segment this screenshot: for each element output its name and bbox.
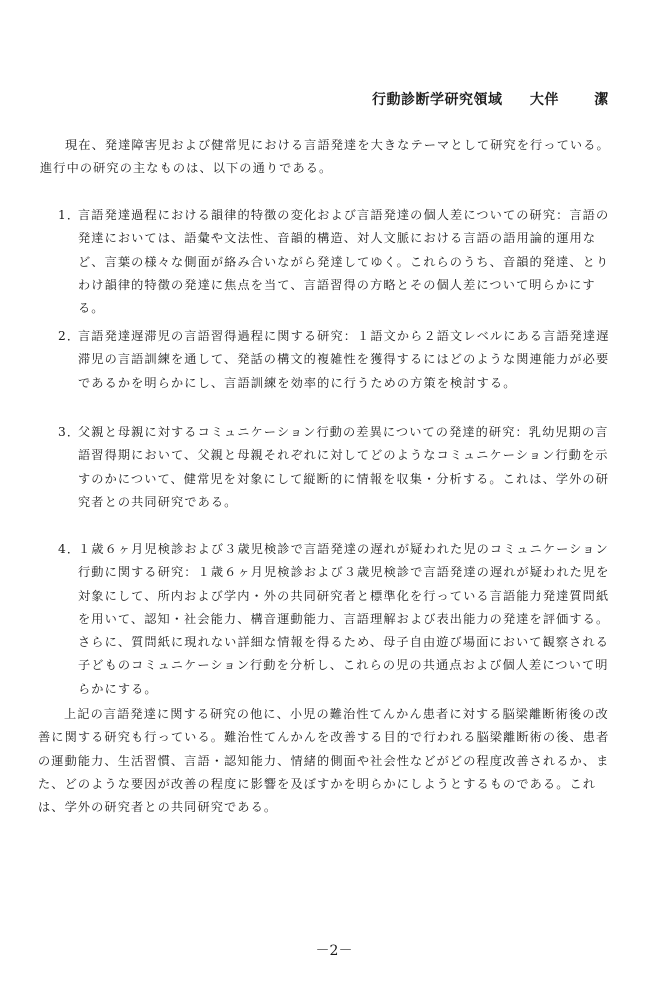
author-given-name: 潔 (594, 92, 609, 108)
research-item-3: 3． 父親と母親に対するコミュニケーション行動の差異についての発達的研究：乳幼児… (40, 421, 616, 514)
intro-paragraph: 現在、発達障害児および健常児における言語発達を大きなテーマとして研究を行っている… (40, 134, 616, 181)
item-text: 父親と母親に対するコミュニケーション行動の差異についての発達的研究：乳幼児期の言… (78, 421, 616, 514)
author-header: 行動診断学研究領域 大伴 潔 (372, 89, 609, 109)
item-number: 3． (40, 421, 78, 514)
item-text: １歳６ヶ月児検診および３歳児検診で言語発達の遅れが疑われた児のコミュニケーション… (78, 538, 616, 701)
closing-paragraph: 上記の言語発達に関する研究の他に、小児の難治性てんかん患者に対する脳梁離断術後の… (38, 703, 616, 819)
item-number: 4． (40, 538, 78, 701)
research-item-2: 2． 言語発達遅滞児の言語習得過程に関する研究：１語文から２語文レベルにある言語… (40, 325, 616, 395)
research-item-4: 4． １歳６ヶ月児検診および３歳児検診で言語発達の遅れが疑われた児のコミュニケー… (40, 538, 616, 701)
author-family-name: 大伴 (530, 92, 559, 108)
item-number: 1． (40, 204, 78, 320)
item-number: 2． (40, 325, 78, 395)
research-item-1: 1． 言語発達過程における韻律的特徴の変化および言語発達の個人差についての研究：… (40, 204, 616, 320)
page-number: －2－ (0, 940, 668, 960)
item-text: 言語発達遅滞児の言語習得過程に関する研究：１語文から２語文レベルにある言語発達遅… (78, 325, 616, 395)
department-name: 行動診断学研究領域 (372, 92, 503, 108)
item-text: 言語発達過程における韻律的特徴の変化および言語発達の個人差についての研究：言語の… (78, 204, 616, 320)
